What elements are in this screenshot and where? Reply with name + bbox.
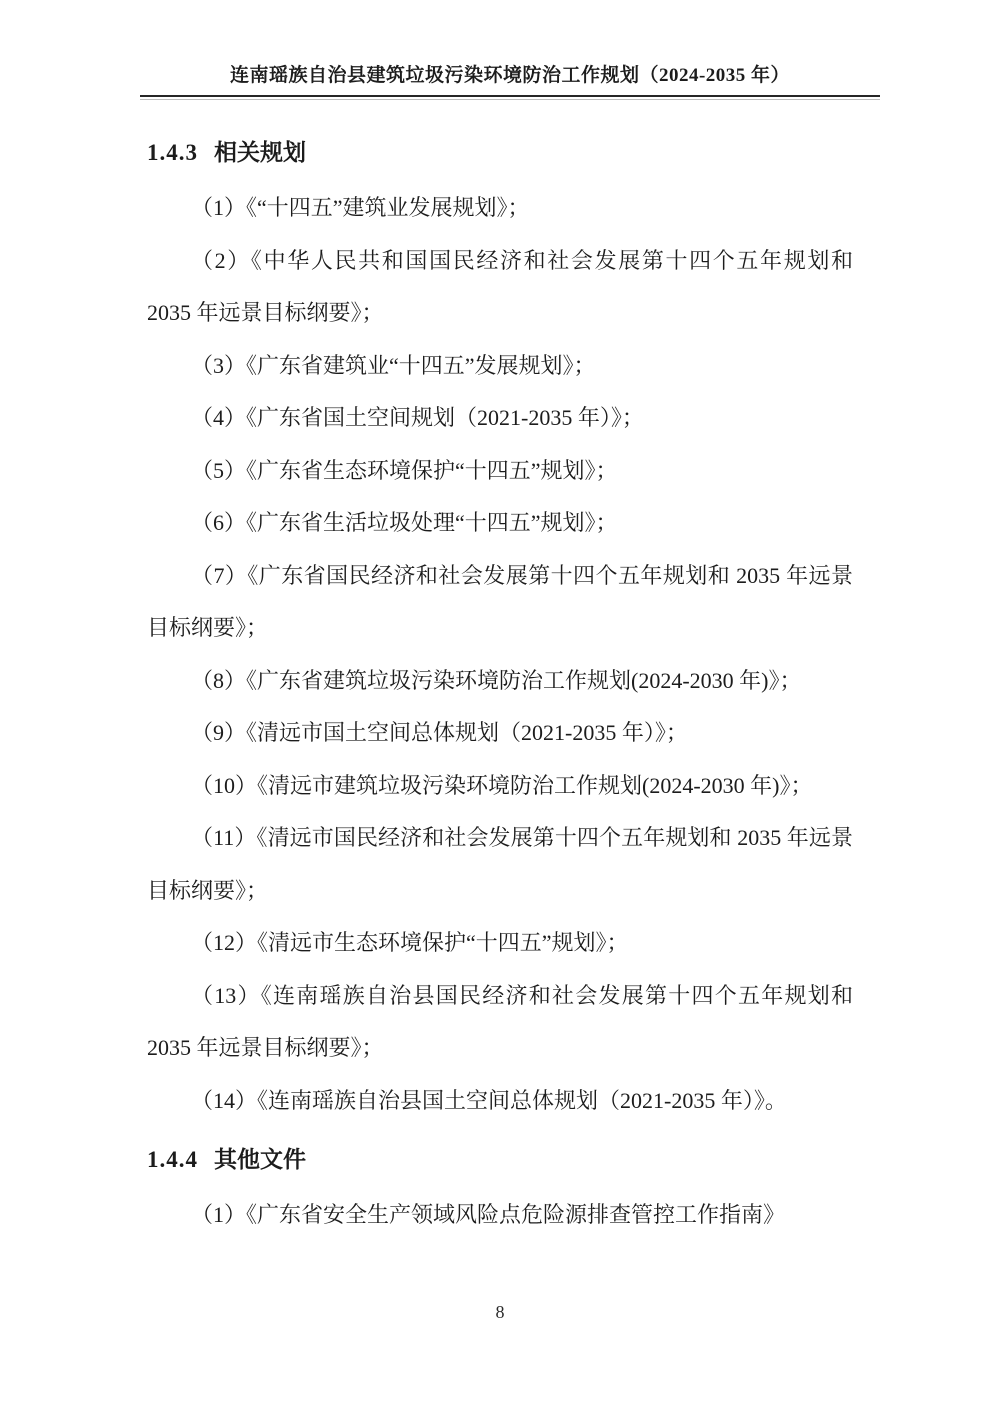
list-item: （8）《广东省建筑垃圾污染环境防治工作规划(2024-2030 年)》； (147, 655, 853, 708)
section-title: 其他文件 (214, 1147, 306, 1172)
list-item: （6）《广东省生活垃圾处理“十四五”规划》； (147, 497, 853, 550)
list-item: （9）《清远市国土空间总体规划（2021-2035 年）》； (147, 707, 853, 760)
section-heading-1-4-4: 1.4.4其他文件 (147, 1135, 853, 1185)
list-item: （5）《广东省生态环境保护“十四五”规划》； (147, 445, 853, 498)
list-item: （14）《连南瑶族自治县国土空间总体规划（2021-2035 年）》。 (147, 1075, 853, 1128)
document-page: 连南瑶族自治县建筑垃圾污染环境防治工作规划（2024-2035 年） 1.4.3… (0, 0, 1000, 1414)
section-heading-1-4-3: 1.4.3相关规划 (147, 128, 853, 178)
section-number: 1.4.3 (147, 140, 198, 165)
list-item: （12）《清远市生态环境保护“十四五”规划》； (147, 917, 853, 970)
list-item: （13）《连南瑶族自治县国民经济和社会发展第十四个五年规划和 2035 年远景目… (147, 970, 853, 1075)
list-item: （1）《广东省安全生产领域风险点危险源排查管控工作指南》 (147, 1189, 853, 1242)
list-item: （7）《广东省国民经济和社会发展第十四个五年规划和 2035 年远景目标纲要》； (147, 550, 853, 655)
document-body: 1.4.3相关规划 （1）《“十四五”建筑业发展规划》； （2）《中华人民共和国… (147, 128, 853, 1242)
running-header-title: 连南瑶族自治县建筑垃圾污染环境防治工作规划（2024-2035 年） (140, 60, 880, 87)
list-item: （4）《广东省国土空间规划（2021-2035 年）》； (147, 392, 853, 445)
section-title: 相关规划 (214, 140, 306, 165)
section-number: 1.4.4 (147, 1147, 198, 1172)
list-item: （10）《清远市建筑垃圾污染环境防治工作规划(2024-2030 年)》； (147, 760, 853, 813)
list-item: （2）《中华人民共和国国民经济和社会发展第十四个五年规划和 2035 年远景目标… (147, 235, 853, 340)
list-item: （1）《“十四五”建筑业发展规划》； (147, 182, 853, 235)
list-item: （3）《广东省建筑业“十四五”发展规划》； (147, 340, 853, 393)
header-rule (140, 95, 880, 100)
page-number: 8 (0, 1302, 1000, 1323)
list-item: （11）《清远市国民经济和社会发展第十四个五年规划和 2035 年远景目标纲要》… (147, 812, 853, 917)
